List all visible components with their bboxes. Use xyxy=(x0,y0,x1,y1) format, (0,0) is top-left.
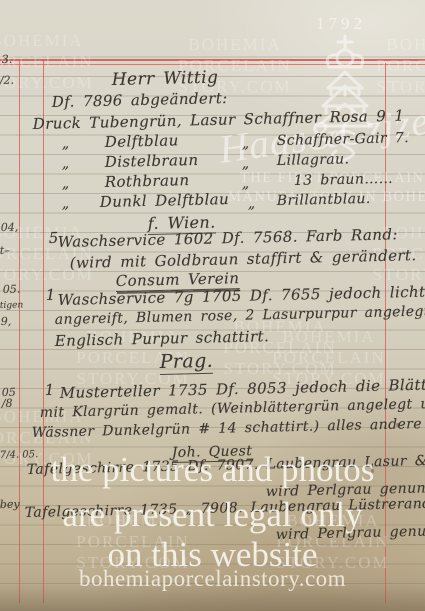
quantity-value: 5 xyxy=(49,229,59,247)
ledger-line: „ xyxy=(242,176,250,192)
margin-note: tigen xyxy=(0,300,23,311)
ledger-line: Schaffner-Gair 7. xyxy=(277,130,410,149)
ledger-line: 13 braun…… xyxy=(294,171,394,189)
margin-note: 05. xyxy=(3,283,21,296)
ledger-line: Englisch Purpur schattirt. xyxy=(55,327,270,350)
ledger-page: 1792 Haas&Czjzek THE FIRST PORCELAIN MAN… xyxy=(0,0,425,611)
margin-note: t– xyxy=(0,244,10,257)
website-watermark: bohemiaporcelainstory.com xyxy=(0,566,425,592)
ledger-line: Rothbraun xyxy=(105,171,190,191)
margin-note: 04, xyxy=(1,221,19,234)
margin-note: 9, xyxy=(1,315,12,328)
ledger-line: Brillantblau. xyxy=(277,191,371,209)
ledger-line: „ xyxy=(62,196,70,212)
margin-note: 3. xyxy=(2,53,13,66)
ledger-line: Delftblau xyxy=(105,131,179,151)
quantity-value: 1 xyxy=(46,286,56,304)
ledger-line: „ xyxy=(242,136,250,152)
ledger-line: Herr Wittig xyxy=(112,68,219,90)
ledger-line: (wird mit Goldbraun staffirt & gerändert… xyxy=(70,246,417,272)
ledger-line: Df. 7896 abgeändert: xyxy=(52,89,228,111)
ledger-line: „ xyxy=(242,156,250,172)
ledger-line: Prag. xyxy=(159,350,213,375)
margin-note: /8 xyxy=(2,397,13,410)
ledger-line: „ xyxy=(248,196,256,212)
ledger-line: „ xyxy=(62,156,70,172)
ledger-line: Dunkl Delftblau xyxy=(100,190,230,211)
ledger-line: Druck Tubengrün, Lasur Schaffner Rosa 9 … xyxy=(33,107,405,133)
copyright-notice-line: the pictures and photos xyxy=(0,450,425,490)
quantity-value: 1 xyxy=(45,381,55,399)
ledger-line: Lillagrau. xyxy=(277,151,350,169)
ledger-line: Distelbraun xyxy=(105,151,199,171)
margin-note: /2. xyxy=(0,74,14,87)
copyright-notice-line: are present legal only xyxy=(0,495,425,535)
ledger-line: „ xyxy=(62,176,70,192)
ledger-line: „ xyxy=(62,136,70,152)
